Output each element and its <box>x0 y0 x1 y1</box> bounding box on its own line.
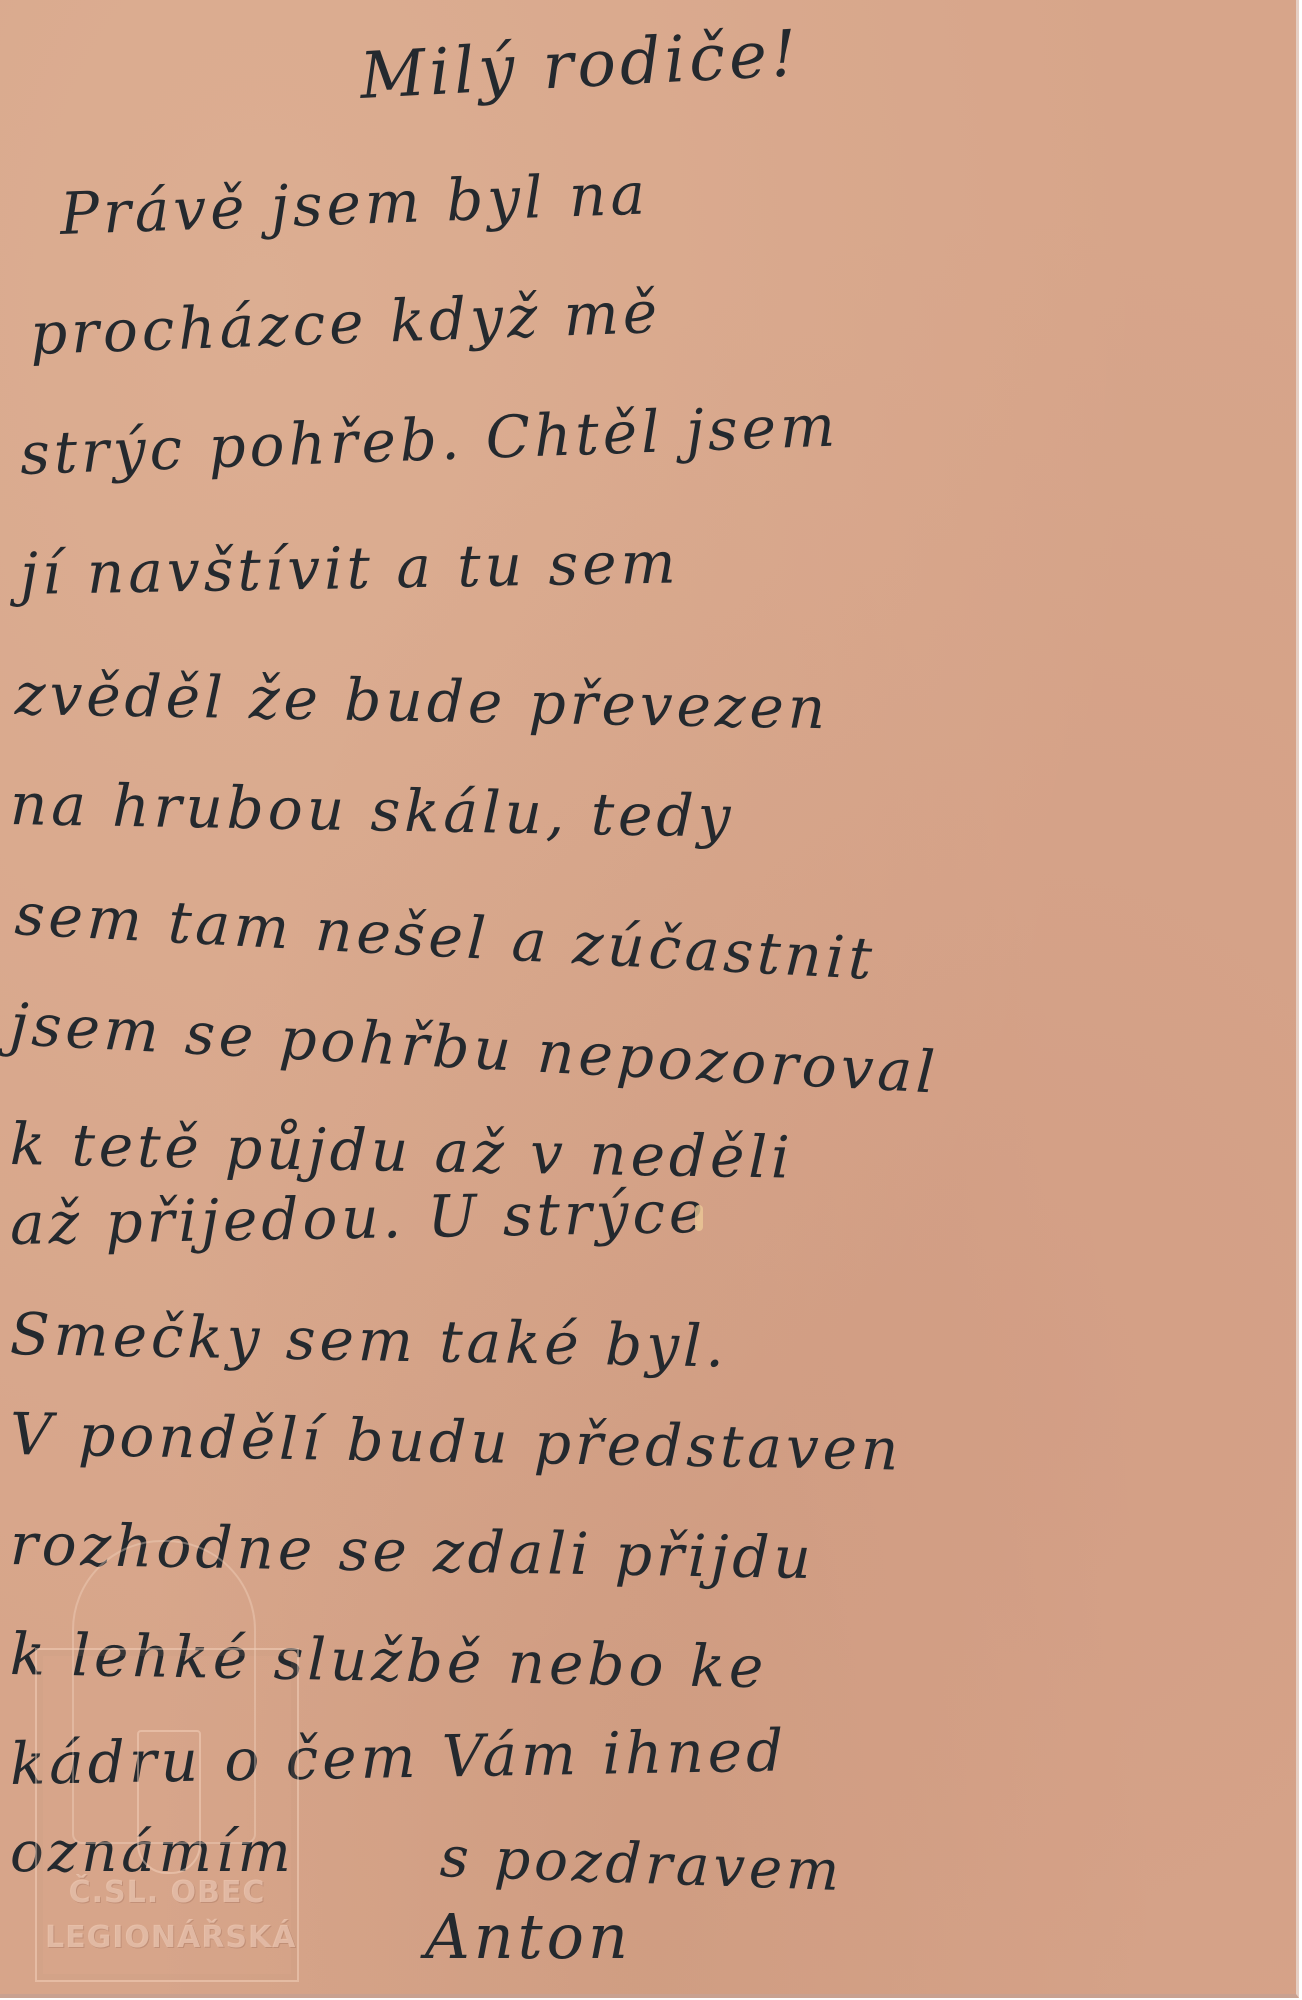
letter-line-12: V pondělí budu představen <box>9 1400 903 1484</box>
letter-line-3: strýc pohřeb. Chtěl jsem <box>19 391 840 488</box>
postcard: Milý rodiče! Právě jsem byl na procházce… <box>0 0 1299 1998</box>
letter-line-11: Smečky sem také byl. <box>9 1300 728 1381</box>
letter-line-2: procházce když mě <box>29 278 662 368</box>
letter-line-10: až přijedou. U strýce <box>9 1178 707 1258</box>
stamp-text-line2: LEGIONÁŘSKÁ <box>45 1920 289 1955</box>
letter-line-6: na hrubou skálu, tedy <box>9 770 735 851</box>
letter-line-5: zvěděl že bude převezen <box>14 660 829 742</box>
embossed-legion-stamp: Č.SL. OBEC LEGIONÁŘSKÁ <box>35 1648 299 1982</box>
coat-of-arms-icon <box>137 1730 201 1874</box>
letter-line-8: jsem se pohřbu nepozoroval <box>8 990 940 1107</box>
paper-stain <box>695 1205 703 1231</box>
letter-line-4: jí navštívit a tu sem <box>19 528 680 608</box>
letter-signature: Anton <box>425 1900 632 1973</box>
letter-line-7: sem tam nešel a zúčastnit <box>13 880 877 993</box>
stamp-text-line1: Č.SL. OBEC <box>45 1875 289 1910</box>
letter-greeting: Milý rodiče! <box>358 17 802 114</box>
letter-line-1: Právě jsem byl na <box>59 159 650 248</box>
letter-closing: s pozdravem <box>439 1825 845 1904</box>
